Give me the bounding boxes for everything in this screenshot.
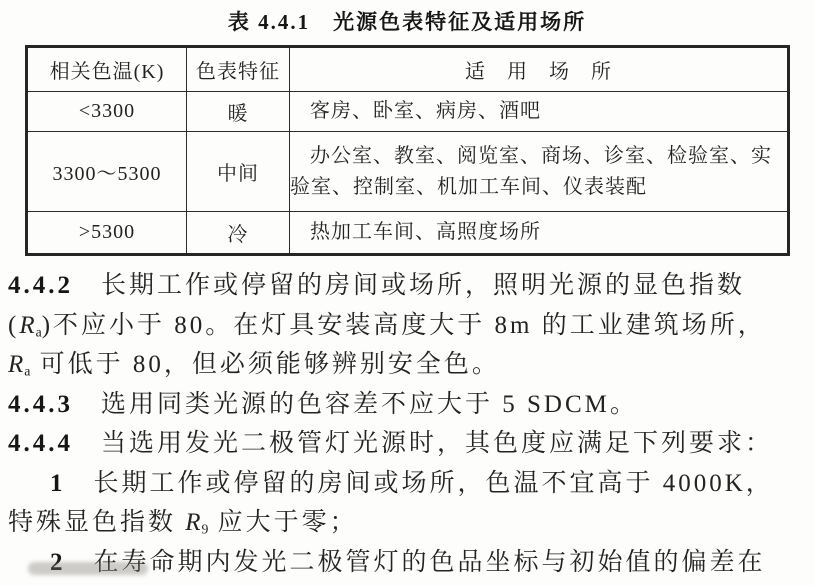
text-segment: 4.4.4 (8, 430, 73, 457)
table-4-4-1: 相关色温(K) 色表特征 适 用 场 所 <3300 暖 客房、卧室、病房、酒吧… (25, 45, 790, 256)
table-row: <3300 暖 客房、卧室、病房、酒吧 (27, 92, 789, 132)
col-header-places: 适 用 场 所 (290, 47, 789, 92)
text-line: 特殊显色指数 R9 应大于零； (8, 503, 808, 543)
table-title: 表 4.4.1 光源色表特征及适用场所 (0, 8, 814, 36)
text-segment: 在寿命期内发光二极管灯的色品坐标与初始值的偏差在 (66, 549, 766, 576)
table-row: >5300 冷 热加工车间、高照度场所 (27, 212, 789, 255)
text-segment: 特殊显色指数 (8, 509, 185, 536)
clauses-text-block: 4.4.2 长期工作或停留的房间或场所，照明光源的显色指数(Ra)不应小于 80… (8, 266, 808, 582)
text-line: 4.4.2 长期工作或停留的房间或场所，照明光源的显色指数 (8, 266, 808, 306)
text-segment: 长期工作或停留的房间或场所，照明光源的显色指数 (73, 272, 745, 299)
text-line: 4.4.4 当选用发光二极管灯光源时，其色度应满足下列要求： (8, 424, 808, 464)
cell-places: 办公室、教室、阅览室、商场、诊室、检验室、实验室、控制室、机加工车间、仪表装配 (290, 132, 789, 212)
text-segment: R (19, 312, 35, 339)
text-line: 4.4.3 选用同类光源的色容差不应大于 5 SDCM。 (8, 385, 808, 425)
cell-cct: 3300～5300 (27, 132, 187, 212)
table-header-row: 相关色温(K) 色表特征 适 用 场 所 (27, 47, 789, 92)
text-segment: 4.4.2 (8, 272, 73, 299)
cell-feature: 中间 (187, 132, 290, 212)
col-header-feature: 色表特征 (187, 47, 290, 92)
text-line: (Ra)不应小于 80。在灯具安装高度大于 8m 的工业建筑场所， (8, 306, 808, 346)
text-segment: ( (8, 312, 19, 339)
table-row: 3300～5300 中间 办公室、教室、阅览室、商场、诊室、检验室、实验室、控制… (27, 132, 789, 212)
document-page: 表 4.4.1 光源色表特征及适用场所 相关色温(K) 色表特征 适 用 场 所… (0, 0, 814, 586)
text-line: 2 在寿命期内发光二极管灯的色品坐标与初始值的偏差在 (8, 543, 808, 583)
cell-places: 客房、卧室、病房、酒吧 (290, 92, 789, 132)
text-segment: 可低于 80，但必须能够辨别安全色。 (30, 351, 500, 378)
text-segment: R (185, 509, 201, 536)
text-segment: 1 (50, 470, 66, 497)
cell-feature: 冷 (187, 212, 290, 255)
text-segment: 2 (50, 549, 66, 576)
text-segment: 当选用发光二极管灯光源时，其色度应满足下列要求： (73, 430, 773, 457)
text-line: 1 长期工作或停留的房间或场所，色温不宜高于 4000K， (8, 464, 808, 504)
text-segment: 长期工作或停留的房间或场所，色温不宜高于 4000K， (66, 470, 774, 497)
text-segment: 应大于零； (208, 509, 357, 536)
cell-feature: 暖 (187, 92, 290, 132)
text-segment: 4.4.3 (8, 391, 73, 418)
text-segment: 选用同类光源的色容差不应大于 5 SDCM。 (73, 391, 638, 418)
cell-cct: >5300 (27, 212, 187, 255)
text-segment: )不应小于 80。在灯具安装高度大于 8m 的工业建筑场所， (42, 312, 766, 339)
cell-cct: <3300 (27, 92, 187, 132)
text-line: Ra 可低于 80，但必须能够辨别安全色。 (8, 345, 808, 385)
cell-places: 热加工车间、高照度场所 (290, 212, 789, 255)
col-header-cct: 相关色温(K) (27, 47, 187, 92)
text-segment: R (8, 351, 24, 378)
